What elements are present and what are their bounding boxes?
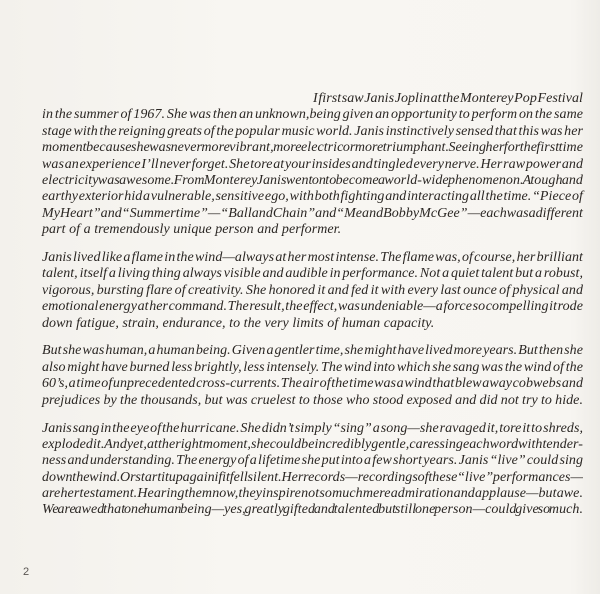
paragraph-4: Janis sang in the eye of the hurricane. …	[42, 421, 583, 519]
text-line: 60’s, a time of unprecedented cross-curr…	[42, 376, 583, 392]
text-line: exploded it. And yet, at the right momen…	[42, 437, 583, 453]
text-line: prejudices by the thousands, but was cru…	[42, 393, 583, 409]
text-line: Janis lived like a flame in the wind—alw…	[42, 250, 583, 266]
text-line: are her testament. Hearing them now, the…	[42, 486, 583, 502]
text-line: vigorous, bursting flare of creativity. …	[42, 283, 583, 299]
text-line: down fatigue, strain, endurance, to the …	[42, 316, 583, 332]
text-line: earthy exterior hid a vulnerable, sensit…	[42, 189, 583, 205]
text-line: emotional energy at her command. The res…	[42, 299, 583, 315]
paragraph-1: I first saw Janis Joplin at the Monterey…	[42, 91, 583, 239]
text-line: moment because she was never more vibran…	[42, 140, 583, 156]
text-line: Janis sang in the eye of the hurricane. …	[42, 421, 583, 437]
text-line: talent, itself a living thing always vis…	[42, 266, 583, 282]
paragraph-2: Janis lived like a flame in the wind—alw…	[42, 250, 583, 332]
text-line: part of a tremendously unique person and…	[42, 222, 583, 238]
text-line: was an experience I’ll never forget. She…	[42, 157, 583, 173]
page-number: 2	[23, 566, 29, 578]
text-line: ness and understanding. The energy of a …	[42, 453, 583, 469]
text-line: We are awed that one human being—yes, gr…	[42, 502, 583, 518]
booklet-page: I first saw Janis Joplin at the Monterey…	[0, 0, 600, 594]
text-line: I first saw Janis Joplin at the Monterey…	[42, 91, 583, 107]
text-line: in the summer of 1967. She was then an u…	[42, 107, 583, 123]
text-line: also might have burned less brightly, le…	[42, 360, 583, 376]
text-line: electricity was awesome. From Monterey J…	[42, 173, 583, 189]
text-line: My Heart” and “Summertime”—“Ball and Cha…	[42, 206, 583, 222]
text-line: stage with the reigning greats of the po…	[42, 124, 583, 140]
paragraph-3: But she was human, a human being. Given …	[42, 343, 583, 409]
text-line: But she was human, a human being. Given …	[42, 343, 583, 359]
text-line: down the wind. Or start it up again if i…	[42, 470, 583, 486]
liner-notes-text: I first saw Janis Joplin at the Monterey…	[42, 91, 583, 530]
